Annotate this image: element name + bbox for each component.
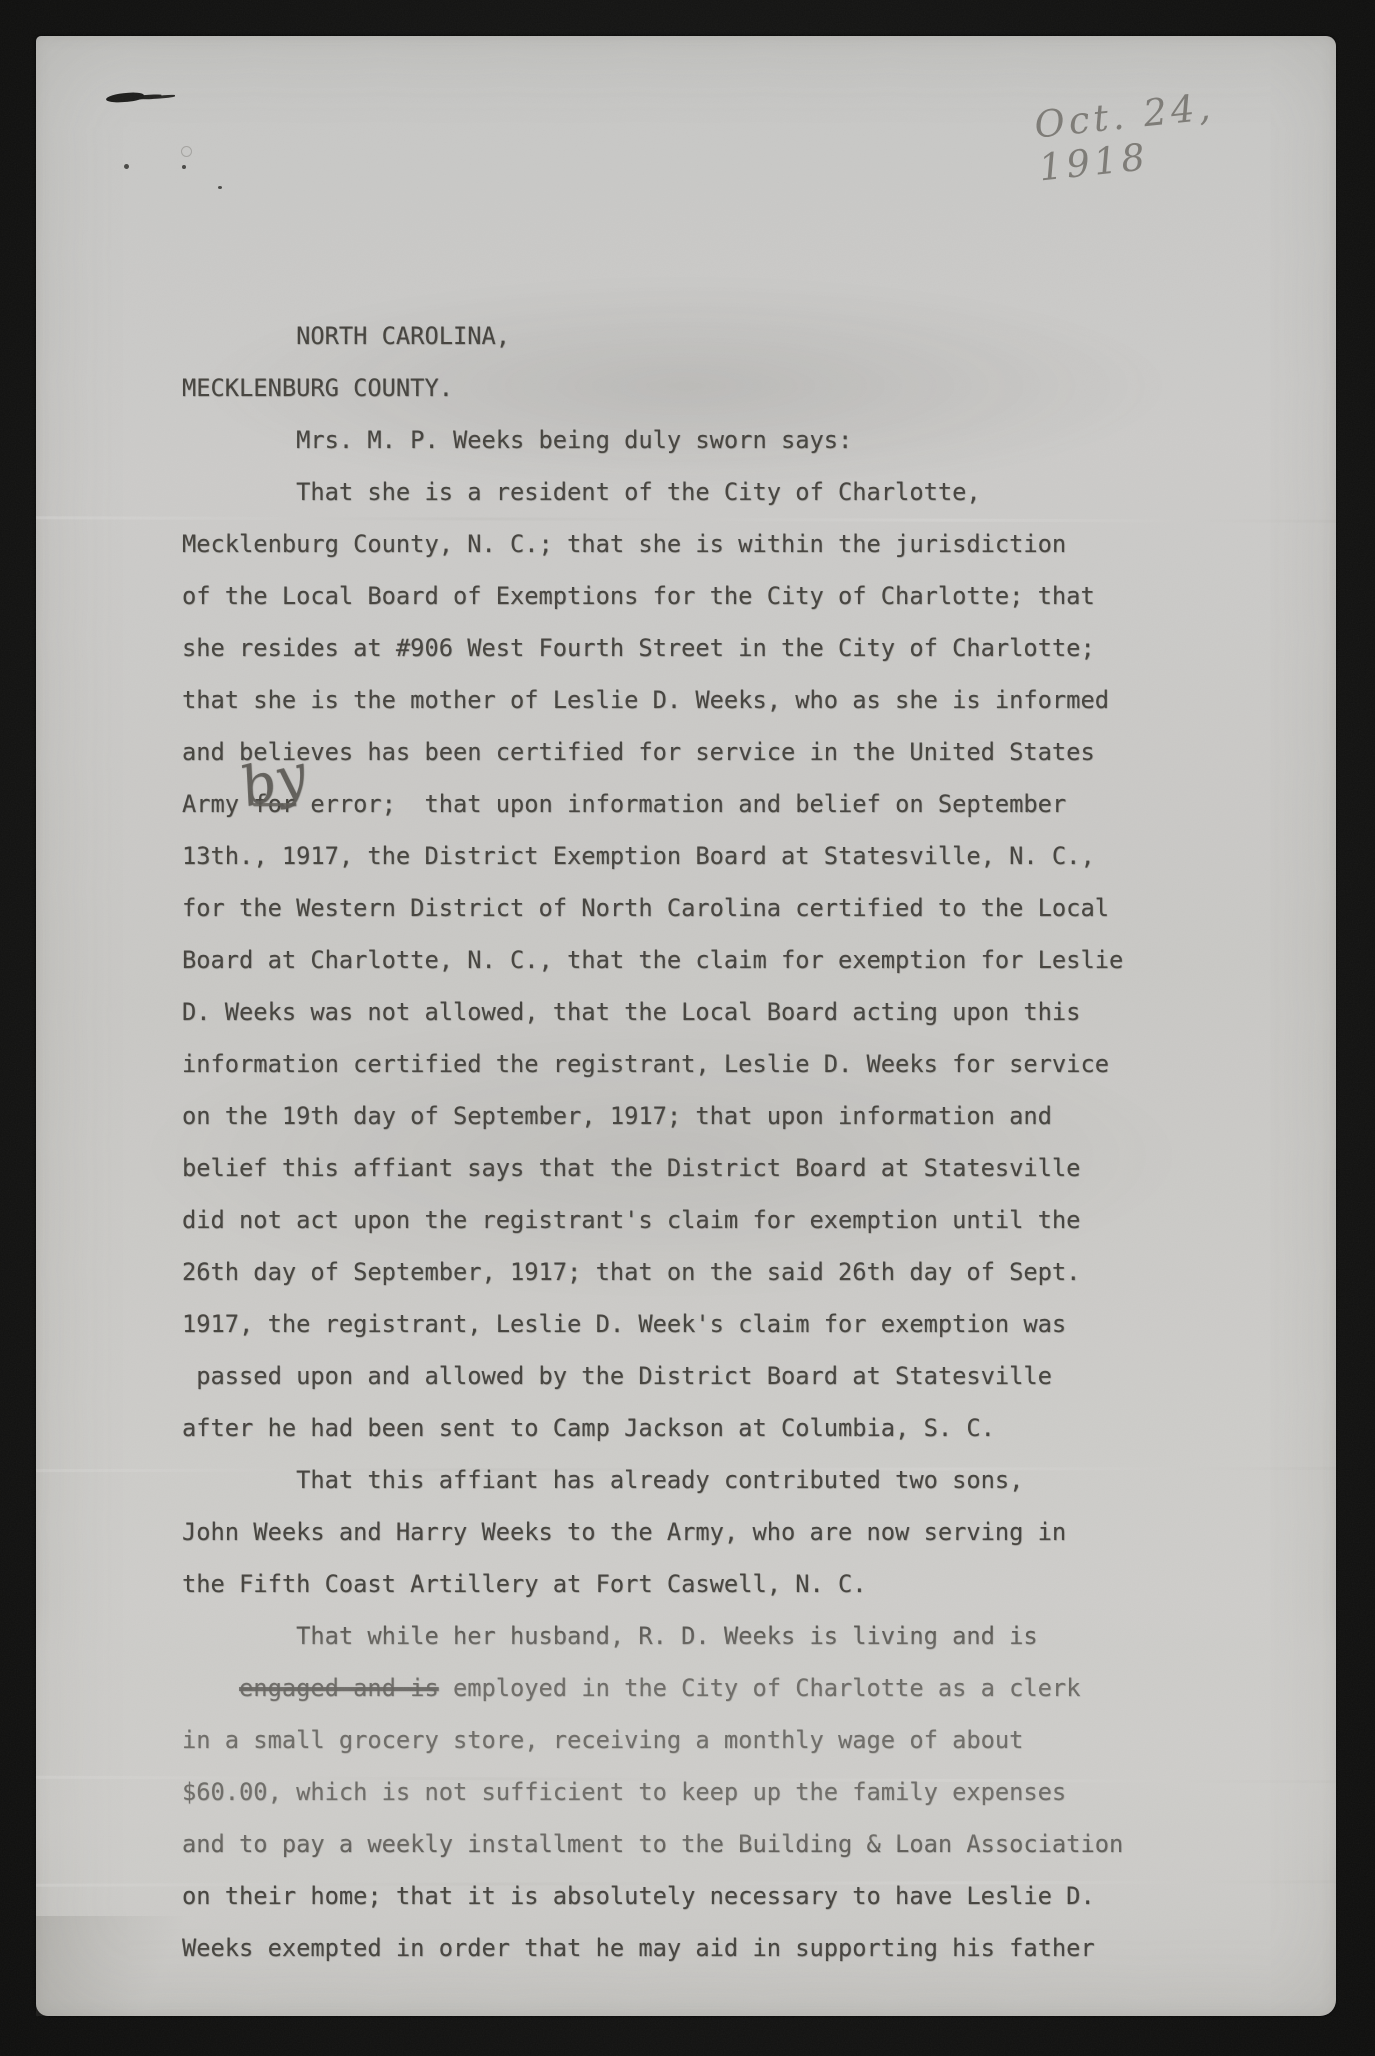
document-line: engaged and is employed in the City of C… bbox=[182, 1662, 1123, 1714]
typed-text: D. Weeks was not allowed, that the Local… bbox=[182, 998, 1080, 1026]
document-line: That she is a resident of the City of Ch… bbox=[182, 466, 1123, 518]
photo-background: Oct. 24, 1918 NORTH CAROLINA,MECKLENBURG… bbox=[0, 0, 1375, 2056]
typed-text: MECKLENBURG COUNTY. bbox=[182, 374, 453, 402]
document-line: That this affiant has already contribute… bbox=[182, 1454, 1123, 1506]
typed-text: 26th day of September, 1917; that on the… bbox=[182, 1258, 1080, 1286]
document-line: did not act upon the registrant's claim … bbox=[182, 1194, 1123, 1246]
document-line: D. Weeks was not allowed, that the Local… bbox=[182, 986, 1123, 1038]
typed-text: that she is the mother of Leslie D. Week… bbox=[182, 686, 1109, 714]
document-line: Mrs. M. P. Weeks being duly sworn says: bbox=[182, 414, 1123, 466]
document-line: information certified the registrant, Le… bbox=[182, 1038, 1123, 1090]
typed-text: $60.00, which is not sufficient to keep … bbox=[182, 1778, 1066, 1806]
typed-text: did not act upon the registrant's claim … bbox=[182, 1206, 1080, 1234]
document-line: Weeks exempted in order that he may aid … bbox=[182, 1922, 1123, 1974]
document-line: Board at Charlotte, N. C., that the clai… bbox=[182, 934, 1123, 986]
handwritten-date: Oct. 24, 1918 bbox=[1032, 73, 1339, 190]
typed-text: for the Western District of North Caroli… bbox=[182, 894, 1109, 922]
typed-text: Army bbox=[182, 790, 253, 818]
typed-text: she resides at #906 West Fourth Street i… bbox=[182, 634, 1095, 662]
document-line: in a small grocery store, receiving a mo… bbox=[182, 1714, 1123, 1766]
typed-text: Mecklenburg County, N. C.; that she is w… bbox=[182, 530, 1066, 558]
typed-text: Board at Charlotte, N. C., that the clai… bbox=[182, 946, 1123, 974]
document-line: after he had been sent to Camp Jackson a… bbox=[182, 1402, 1123, 1454]
typed-text: Mrs. M. P. Weeks being duly sworn says: bbox=[182, 426, 852, 454]
ink-speck bbox=[181, 146, 192, 157]
typed-text: passed upon and allowed by the District … bbox=[182, 1362, 1052, 1390]
document-line: Army forby error; that upon information … bbox=[182, 778, 1123, 830]
document-line: NORTH CAROLINA, bbox=[182, 310, 1123, 362]
ink-speck bbox=[182, 165, 186, 169]
typed-text: the Fifth Coast Artillery at Fort Caswel… bbox=[182, 1570, 867, 1598]
typed-text: in a small grocery store, receiving a mo… bbox=[182, 1726, 1023, 1754]
typed-text: John Weeks and Harry Weeks to the Army, … bbox=[182, 1518, 1066, 1546]
document-line: John Weeks and Harry Weeks to the Army, … bbox=[182, 1506, 1123, 1558]
document-line: belief this affiant says that the Distri… bbox=[182, 1142, 1123, 1194]
ink-smudge bbox=[106, 92, 145, 104]
typed-text: 13th., 1917, the District Exemption Boar… bbox=[182, 842, 1095, 870]
document-line: 13th., 1917, the District Exemption Boar… bbox=[182, 830, 1123, 882]
document-line: passed upon and allowed by the District … bbox=[182, 1350, 1123, 1402]
typed-text: on their home; that it is absolutely nec… bbox=[182, 1882, 1095, 1910]
document-line: Mecklenburg County, N. C.; that she is w… bbox=[182, 518, 1123, 570]
typed-text: belief this affiant says that the Distri… bbox=[182, 1154, 1080, 1182]
document-line: and to pay a weekly installment to the B… bbox=[182, 1818, 1123, 1870]
typed-text: after he had been sent to Camp Jackson a… bbox=[182, 1414, 995, 1442]
typed-text bbox=[182, 1674, 239, 1702]
document-line: the Fifth Coast Artillery at Fort Caswel… bbox=[182, 1558, 1123, 1610]
document-line: $60.00, which is not sufficient to keep … bbox=[182, 1766, 1123, 1818]
document-line: on their home; that it is absolutely nec… bbox=[182, 1870, 1123, 1922]
struck-text: forby bbox=[253, 790, 296, 818]
typed-text: NORTH CAROLINA, bbox=[182, 322, 510, 350]
typed-text: and believes has been certified for serv… bbox=[182, 738, 1095, 766]
document-line: MECKLENBURG COUNTY. bbox=[182, 362, 1123, 414]
typed-text: That she is a resident of the City of Ch… bbox=[182, 478, 981, 506]
document-line: on the 19th day of September, 1917; that… bbox=[182, 1090, 1123, 1142]
ink-speck bbox=[218, 186, 222, 189]
document-line: of the Local Board of Exemptions for the… bbox=[182, 570, 1123, 622]
typed-text: That while her husband, R. D. Weeks is l… bbox=[182, 1622, 1038, 1650]
document-lines: NORTH CAROLINA,MECKLENBURG COUNTY. Mrs. … bbox=[182, 310, 1123, 1974]
ink-speck bbox=[124, 164, 129, 169]
document-line: 26th day of September, 1917; that on the… bbox=[182, 1246, 1123, 1298]
typed-text: and to pay a weekly installment to the B… bbox=[182, 1830, 1123, 1858]
typed-text: of the Local Board of Exemptions for the… bbox=[182, 582, 1095, 610]
document-line: 1917, the registrant, Leslie D. Week's c… bbox=[182, 1298, 1123, 1350]
document-line: that she is the mother of Leslie D. Week… bbox=[182, 674, 1123, 726]
document-line: and believes has been certified for serv… bbox=[182, 726, 1123, 778]
document-line: she resides at #906 West Fourth Street i… bbox=[182, 622, 1123, 674]
typed-text: 1917, the registrant, Leslie D. Week's c… bbox=[182, 1310, 1066, 1338]
document-line: for the Western District of North Caroli… bbox=[182, 882, 1123, 934]
typed-text: employed in the City of Charlotte as a c… bbox=[439, 1674, 1081, 1702]
typed-text: That this affiant has already contribute… bbox=[182, 1466, 1023, 1494]
struck-text: engaged and is bbox=[239, 1674, 439, 1702]
document-page: Oct. 24, 1918 NORTH CAROLINA,MECKLENBURG… bbox=[36, 36, 1336, 2016]
typed-text: Weeks exempted in order that he may aid … bbox=[182, 1934, 1095, 1962]
typed-text: information certified the registrant, Le… bbox=[182, 1050, 1109, 1078]
document-line: That while her husband, R. D. Weeks is l… bbox=[182, 1610, 1123, 1662]
typed-text: on the 19th day of September, 1917; that… bbox=[182, 1102, 1052, 1130]
typed-text: error; that upon information and belief … bbox=[296, 790, 1066, 818]
